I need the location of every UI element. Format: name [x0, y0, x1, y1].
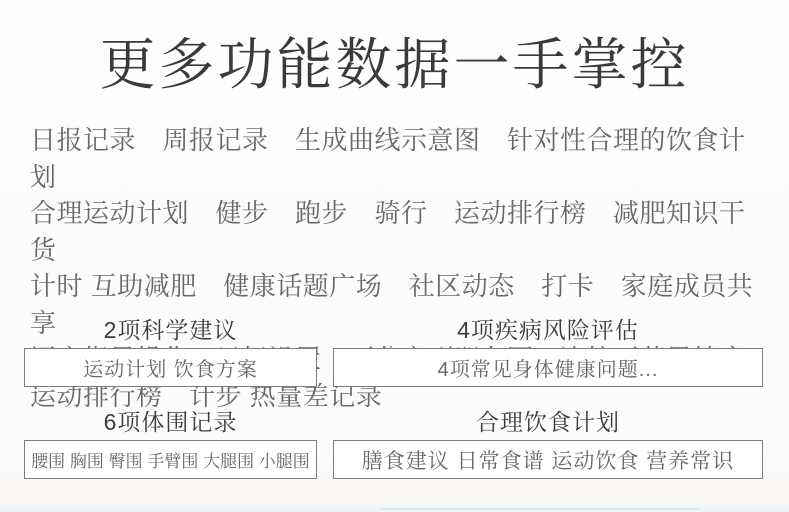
section-disease-risk-box: 4项常见身体健康问题...: [333, 348, 763, 387]
section-disease-risk: 4项疾病风险评估 4项常见身体健康问题...: [333, 316, 763, 387]
section-diet-plan: 合理饮食计划 膳食建议 日常食谱 运动饮食 营养常识: [333, 408, 763, 479]
section-science-advice-heading: 2项科学建议: [24, 316, 317, 345]
section-disease-risk-heading: 4项疾病风险评估: [333, 316, 763, 345]
bottom-accent-line: [380, 508, 700, 510]
section-body-measurement-heading: 6项体围记录: [24, 408, 317, 437]
feature-line-1: 日报记录 周报记录 生成曲线示意图 针对性合理的饮食计划: [30, 122, 763, 195]
section-diet-plan-box: 膳食建议 日常食谱 运动饮食 营养常识: [333, 440, 763, 479]
feature-line-2: 合理运动计划 健步 跑步 骑行 运动排行榜 减肥知识干货: [30, 195, 763, 268]
feature-grid: 2项科学建议 运动计划 饮食方案 4项疾病风险评估 4项常见身体健康问题... …: [24, 316, 763, 479]
section-body-measurement-box: 腰围 胸围 臀围 手臂围 大腿围 小腿围: [24, 440, 317, 479]
section-body-measurement: 6项体围记录 腰围 胸围 臀围 手臂围 大腿围 小腿围: [24, 408, 317, 479]
section-diet-plan-heading: 合理饮食计划: [333, 408, 763, 437]
section-science-advice-box: 运动计划 饮食方案: [24, 348, 317, 387]
bottom-gradient-band: [0, 503, 789, 512]
section-science-advice: 2项科学建议 运动计划 饮食方案: [24, 316, 317, 387]
page-title: 更多功能数据一手掌控: [0, 33, 789, 97]
